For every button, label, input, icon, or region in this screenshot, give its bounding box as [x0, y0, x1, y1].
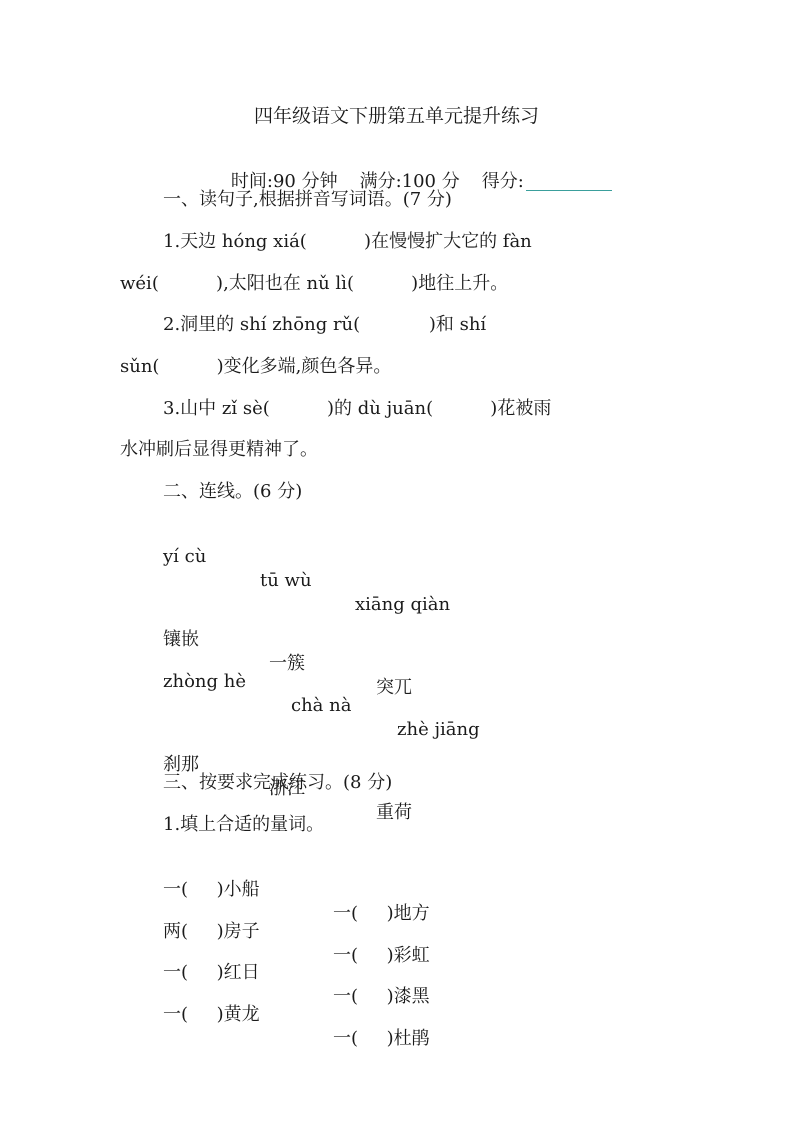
word-item[interactable]: 重荷 — [376, 801, 412, 825]
section-1-line-5: 3.山中 zǐ sè( )的 dù juān( )花被雨 — [163, 397, 551, 421]
section-3-subheading: 1.填上合适的量词。 — [163, 813, 324, 837]
score-label: 得分: — [482, 171, 524, 192]
section-3-heading: 三、按要求完成练习。(8 分) — [163, 771, 392, 795]
pinyin-item[interactable]: zhòng hè — [163, 670, 246, 694]
measure-word-item[interactable]: 一( )黄龙 — [163, 1003, 260, 1027]
measure-word-item[interactable]: 一( )漆黑 — [333, 985, 430, 1009]
page-title: 四年级语文下册第五单元提升练习 — [0, 104, 793, 128]
pinyin-item[interactable]: chà nà — [291, 694, 351, 718]
pinyin-item[interactable]: zhè jiāng — [397, 718, 480, 742]
section-1-line-3: 2.洞里的 shí zhōng rǔ( )和 shí — [163, 313, 486, 337]
score-blank[interactable] — [526, 189, 612, 191]
pinyin-item[interactable]: tū wù — [260, 569, 312, 593]
section-1-line-4: sǔn( )变化多端,颜色各异。 — [120, 355, 391, 379]
pinyin-item[interactable]: xiāng qiàn — [355, 593, 450, 617]
measure-word-item[interactable]: 一( )彩虹 — [333, 944, 430, 968]
pinyin-item[interactable]: yí cù — [163, 545, 206, 569]
section-2-heading: 二、连线。(6 分) — [163, 480, 302, 504]
section-1-heading: 一、读句子,根据拼音写词语。(7 分) — [163, 188, 452, 212]
section-1-line-2: wéi( ),太阳也在 nǔ lì( )地往上升。 — [120, 272, 508, 296]
word-item[interactable]: 突兀 — [376, 676, 412, 700]
word-item[interactable]: 一簇 — [269, 652, 305, 676]
section-1-line-1: 1.天边 hóng xiá( )在慢慢扩大它的 fàn — [163, 230, 532, 254]
measure-word-item[interactable]: 一( )地方 — [333, 902, 430, 926]
measure-word-row: 一( )黄龙 一( )杜鹃 — [163, 979, 186, 1075]
section-1-line-6: 水冲刷后显得更精神了。 — [120, 438, 318, 462]
measure-word-item[interactable]: 一( )杜鹃 — [333, 1027, 430, 1051]
